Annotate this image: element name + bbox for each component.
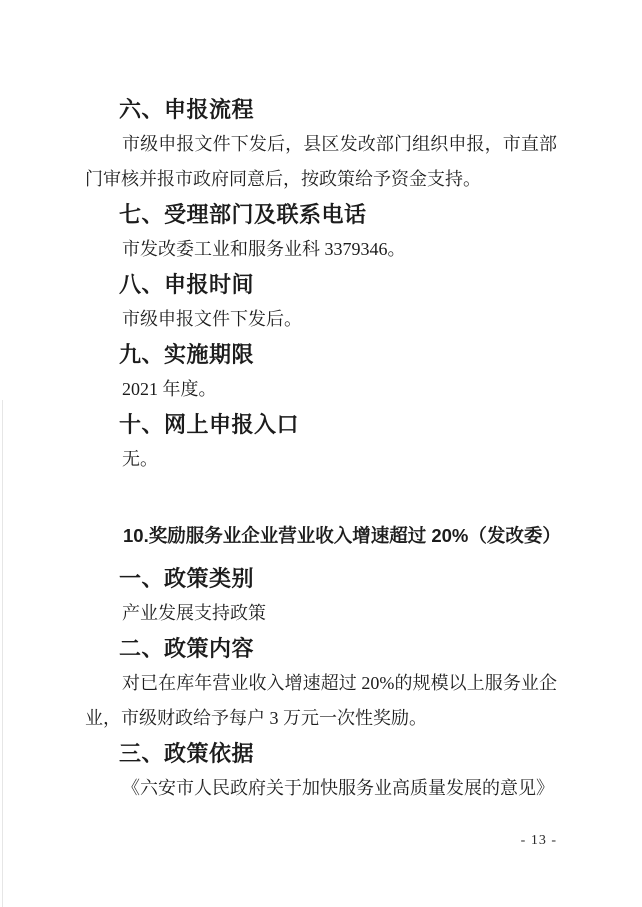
document-page: 六、申报流程 市级申报文件下发后，县区发改部门组织申报，市直部门审核并报市政府同…	[0, 0, 642, 907]
section-heading-policy-basis: 三、政策依据	[119, 736, 557, 771]
paragraph-policy-basis: 《六安市人民政府关于加快服务业高质量发展的意见》	[85, 771, 557, 806]
paragraph-application-time: 市级申报文件下发后。	[85, 302, 557, 337]
paragraph-accepting-department: 市发改委工业和服务业科 3379346。	[85, 232, 557, 267]
paragraph-policy-category: 产业发展支持政策	[85, 596, 557, 631]
page-number: - 13 -	[521, 833, 557, 849]
paragraph-implementation-period: 2021 年度。	[85, 372, 557, 407]
section-heading-implementation-period: 九、实施期限	[119, 337, 557, 372]
policy-title: 10.奖励服务业企业营业收入增速超过 20%（发改委）	[123, 515, 557, 557]
page-content: 六、申报流程 市级申报文件下发后，县区发改部门组织申报，市直部门审核并报市政府同…	[0, 0, 642, 806]
section-heading-policy-category: 一、政策类别	[119, 561, 557, 596]
section-heading-application-process: 六、申报流程	[119, 92, 557, 127]
paragraph-online-portal: 无。	[85, 442, 557, 477]
scan-edge-artifact	[2, 400, 3, 907]
section-heading-online-portal: 十、网上申报入口	[119, 407, 557, 442]
section-heading-application-time: 八、申报时间	[119, 267, 557, 302]
section-heading-policy-content: 二、政策内容	[119, 631, 557, 666]
paragraph-policy-content: 对已在库年营业收入增速超过 20%的规模以上服务业企业，市级财政给予每户 3 万…	[85, 666, 557, 736]
paragraph-application-process: 市级申报文件下发后，县区发改部门组织申报，市直部门审核并报市政府同意后，按政策给…	[85, 127, 557, 197]
section-heading-accepting-department: 七、受理部门及联系电话	[119, 197, 557, 232]
